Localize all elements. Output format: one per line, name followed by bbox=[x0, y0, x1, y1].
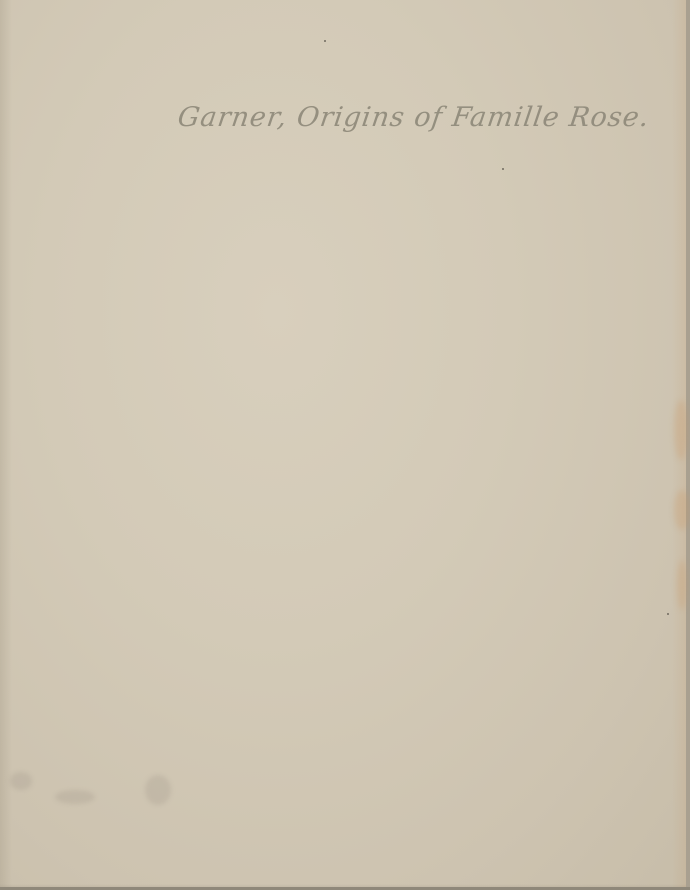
speck bbox=[502, 168, 504, 170]
foxing-stain bbox=[677, 560, 687, 610]
speck bbox=[324, 40, 326, 42]
smudge bbox=[145, 775, 171, 805]
handwritten-note-text: Garner, Origins of Famille Rose. bbox=[176, 102, 652, 133]
foxing-stain bbox=[674, 400, 688, 460]
smudge bbox=[55, 790, 95, 804]
speck bbox=[667, 613, 669, 615]
smudge bbox=[10, 772, 32, 790]
handwritten-note: Garner, Origins of Famille Rose. bbox=[178, 96, 628, 166]
paper-cover: Garner, Origins of Famille Rose. bbox=[0, 0, 690, 890]
foxing-stain bbox=[674, 490, 690, 530]
